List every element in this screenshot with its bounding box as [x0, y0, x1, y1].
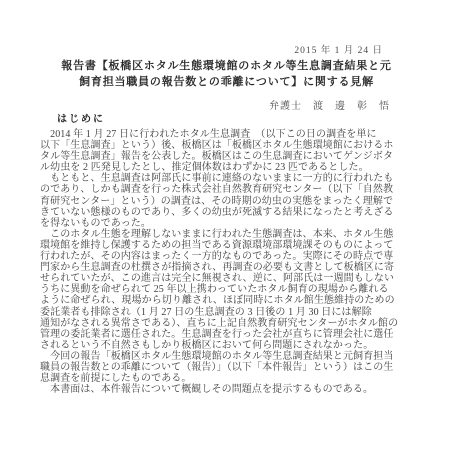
- paragraph-2: もともと、生息調査は阿部氏に事前に連絡のないままに一方的に行われたも のであり、…: [40, 173, 406, 228]
- paragraph-1: 2014 年 1 月 27 日に行われたホタル生息調査 （以下この日の調査を単に…: [40, 129, 406, 173]
- paragraph-4: 今回の報告「板橋区ホタル生態環境館のホタル等生息調査結果と元飼育担当 職員の報告…: [40, 351, 406, 384]
- author-line: 弁護士 渡 邊 彰 悟: [269, 97, 390, 112]
- document-title-line2: 飼育担当職員の報告数との乖離について】に関する見解: [0, 75, 453, 91]
- document-title-line1: 報告書【板橋区ホタル生態環境館のホタル等生息調査結果と元: [0, 59, 453, 75]
- document-date: 2015 年 1 月 24 日: [294, 42, 383, 56]
- document-title: 報告書【板橋区ホタル生態環境館のホタル等生息調査結果と元 飼育担当職員の報告数と…: [0, 59, 453, 90]
- document-body: 2014 年 1 月 27 日に行われたホタル生息調査 （以下この日の調査を単に…: [40, 129, 406, 395]
- section-heading: はじめに: [57, 110, 105, 125]
- paragraph-5: 本書面は、本件報告について概観しその問題点を提示するものである。: [40, 384, 406, 395]
- document-page: 2015 年 1 月 24 日 報告書【板橋区ホタル生態環境館のホタル等生息調査…: [0, 0, 453, 453]
- paragraph-3: このホタル生態を理解しないままに行われた生態調査は、本来、ホタル生態 環境館を維…: [40, 229, 406, 351]
